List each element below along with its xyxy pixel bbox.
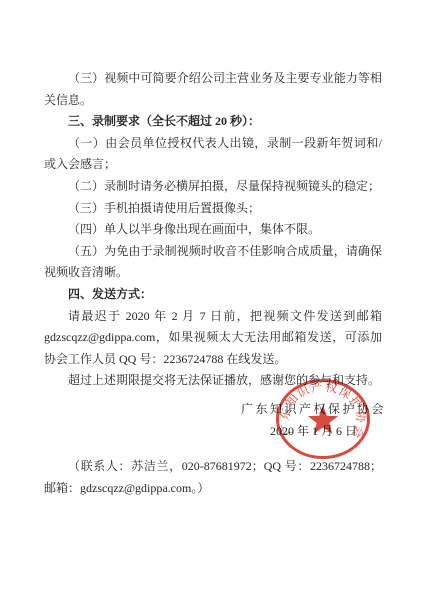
section-heading: 四、发送方式： — [44, 284, 382, 306]
section-heading: 三、录制要求（全长不超过 20 秒）： — [44, 111, 382, 133]
document-body: （三）视频中可简要介绍公司主营业务及主要专业能力等相关信息。三、录制要求（全长不… — [44, 68, 382, 499]
signature-date: 2020 年 1 月 6 日 — [241, 421, 386, 443]
signature-block: 广东知识产权保护协会 2020 年 1 月 6 日 — [241, 399, 386, 442]
signature-organization: 广东知识产权保护协会 — [241, 399, 386, 421]
body-paragraph: （三）视频中可简要介绍公司主营业务及主要专业能力等相关信息。 — [44, 68, 382, 111]
paragraph-list: （三）视频中可简要介绍公司主营业务及主要专业能力等相关信息。三、录制要求（全长不… — [44, 68, 382, 392]
body-paragraph: （二）录制时请务必横屏拍摄，尽量保持视频镜头的稳定； — [44, 176, 382, 198]
body-paragraph: 请最迟于 2020 年 2 月 7 日前，把视频文件发送到邮箱gdzscqzz@… — [44, 306, 382, 371]
body-paragraph: （一）由会员单位授权代表人出镜，录制一段新年贺词和/或入会感言； — [44, 133, 382, 176]
body-paragraph: 超过上述期限提交将无法保证播放，感谢您的参与和支持。 — [44, 370, 382, 392]
document-page: （三）视频中可简要介绍公司主营业务及主要专业能力等相关信息。三、录制要求（全长不… — [0, 0, 424, 600]
body-paragraph: （五）为免由于录制视频时收音不佳影响合成质量，请确保视频收音清晰。 — [44, 241, 382, 284]
body-paragraph: （四）单人以半身像出现在画面中，集体不限。 — [44, 219, 382, 241]
contact-info: （联系人：苏洁兰，020-87681972；QQ 号：2236724788；邮箱… — [44, 456, 382, 499]
body-paragraph: （三）手机拍摄请使用后置摄像头； — [44, 198, 382, 220]
